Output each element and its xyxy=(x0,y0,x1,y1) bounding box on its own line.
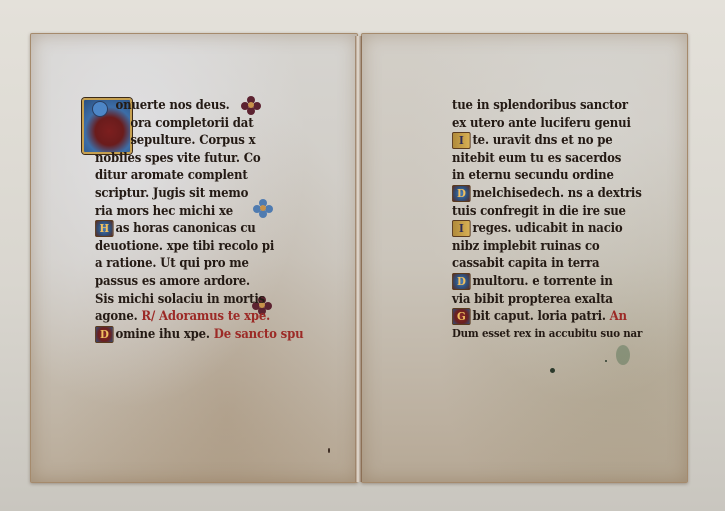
ink-spot xyxy=(550,368,555,373)
line-text: ex utero ante luciferu genui xyxy=(452,115,631,130)
text-line: passus es amore ardore. xyxy=(95,272,303,290)
line-text: multoru. e torrente in xyxy=(472,273,612,288)
line-text: cassabit capita in terra xyxy=(452,255,599,270)
line-text: Sis michi solaciu in mortis xyxy=(95,291,265,306)
text-line: Dum esset rex in accubitu suo nar xyxy=(452,325,642,343)
line-text: tuis confregit in die ire sue xyxy=(452,203,626,218)
line-text: deuotione. xpe tibi recolo pi xyxy=(95,238,274,253)
text-line: ditur aromate complent xyxy=(95,166,303,184)
left-leaf-text: onuerte nos deus. ora completorii dat se… xyxy=(95,96,303,342)
text-line: a ratione. Ut qui pro me xyxy=(95,254,303,272)
illuminated-initial-h: H xyxy=(95,220,114,237)
line-text: onuerte nos deus. xyxy=(115,97,229,112)
text-line: deuotione. xpe tibi recolo pi xyxy=(95,237,303,255)
line-text: ditur aromate complent xyxy=(95,167,248,182)
text-line: tue in splendoribus sanctor xyxy=(452,96,642,114)
green-stain xyxy=(616,345,630,365)
text-line: ex utero ante luciferu genui xyxy=(452,114,642,132)
text-line: cassabit capita in terra xyxy=(452,254,642,272)
text-line: ora completorii dat xyxy=(95,114,303,132)
line-text: nitebit eum tu es sacerdos xyxy=(452,150,621,165)
illuminated-initial-i: I xyxy=(452,220,471,237)
rubric-text: De sancto spu xyxy=(214,326,304,341)
rubric-text: An xyxy=(610,308,627,323)
line-text: tue in splendoribus sanctor xyxy=(452,97,628,112)
rubric-text: R/ Adoramus te xpe. xyxy=(141,308,270,323)
text-line: nibz implebit ruinas co xyxy=(452,237,642,255)
text-line: nitebit eum tu es sacerdos xyxy=(452,149,642,167)
line-text: ora completorii dat xyxy=(130,115,253,130)
illuminated-initial-g: G xyxy=(452,308,471,325)
line-text: omine ihu xpe. xyxy=(115,326,209,341)
text-line: scriptur. Jugis sit memo xyxy=(95,184,303,202)
text-line: in eternu secundu ordine xyxy=(452,166,642,184)
text-line: agone. R/ Adoramus te xpe. xyxy=(95,307,303,325)
text-line: Gbit caput. loria patri. An xyxy=(452,307,642,325)
line-text: bit caput. loria patri. xyxy=(472,308,605,323)
line-text: scriptur. Jugis sit memo xyxy=(95,185,248,200)
gutter-fold xyxy=(355,36,362,482)
ink-spot xyxy=(328,448,330,453)
text-line: Domine ihu xpe. De sancto spu xyxy=(95,325,303,343)
line-text: passus es amore ardore. xyxy=(95,273,250,288)
text-line: Ireges. udicabit in nacio xyxy=(452,219,642,237)
illuminated-initial-i: I xyxy=(452,132,471,149)
line-text: nibz implebit ruinas co xyxy=(452,238,600,253)
line-text: melchisedech. ns a dextris xyxy=(472,185,641,200)
text-line: via bibit propterea exalta xyxy=(452,290,642,308)
line-text: nobiles spes vite futur. Co xyxy=(95,150,260,165)
line-text: ria mors hec michi xe xyxy=(95,203,233,218)
text-line: Ite. uravit dns et no pe xyxy=(452,131,642,149)
text-line: tuis confregit in die ire sue xyxy=(452,202,642,220)
line-text: Dum esset rex in accubitu suo nar xyxy=(452,327,642,340)
text-line: Dmultoru. e torrente in xyxy=(452,272,642,290)
line-text: a ratione. Ut qui pro me xyxy=(95,255,249,270)
text-line: sepulture. Corpus x xyxy=(95,131,303,149)
line-text: reges. udicabit in nacio xyxy=(472,220,622,235)
illuminated-initial-d: D xyxy=(95,326,114,343)
text-line: nobiles spes vite futur. Co xyxy=(95,149,303,167)
right-leaf-text: tue in splendoribus sanctor ex utero ant… xyxy=(452,96,642,342)
text-line: Has horas canonicas cu xyxy=(95,219,303,237)
illuminated-initial-d: D xyxy=(452,185,471,202)
text-line: onuerte nos deus. xyxy=(95,96,303,114)
line-text: as horas canonicas cu xyxy=(115,220,255,235)
text-line: Sis michi solaciu in mortis xyxy=(95,290,303,308)
text-line: Dmelchisedech. ns a dextris xyxy=(452,184,642,202)
line-text: agone. xyxy=(95,308,138,323)
line-text: sepulture. Corpus x xyxy=(130,132,255,147)
line-text: in eternu secundu ordine xyxy=(452,167,614,182)
ink-spot xyxy=(605,360,607,362)
line-text: te. uravit dns et no pe xyxy=(472,132,612,147)
illuminated-initial-d: D xyxy=(452,273,471,290)
line-text: via bibit propterea exalta xyxy=(452,291,613,306)
text-line: ria mors hec michi xe xyxy=(95,202,303,220)
